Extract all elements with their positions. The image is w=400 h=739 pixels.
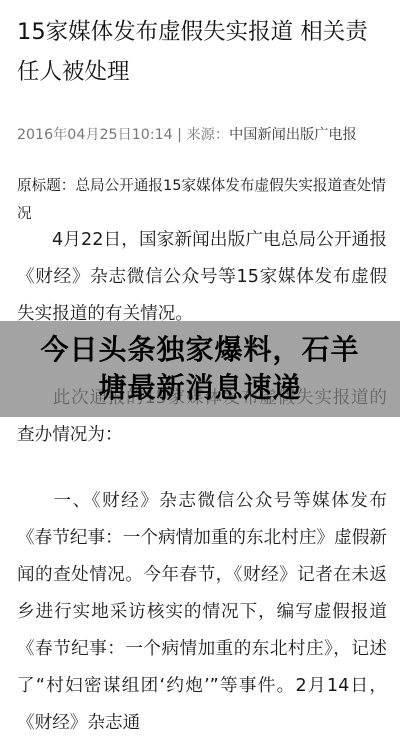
original-title: 原标题：总局公开通报15家媒体发布虚假失实报道查处情况 — [17, 172, 389, 228]
paragraph-1: 4月22日，国家新闻出版广电总局公开通报《财经》杂志微信公众号等15家媒体发布虚… — [17, 222, 387, 333]
paragraph-1-text: 4月22日，国家新闻出版广电总局公开通报《财经》杂志微信公众号等15家媒体发布虚… — [17, 230, 387, 324]
article-meta: 2016年04月25日10:14 | 来源：中国新闻出版广电报 — [17, 124, 397, 146]
banner-headline: 今日头条独家爆料，石羊塘最新消息速递 — [35, 331, 365, 407]
source-label: 来源： — [186, 127, 229, 143]
overlay-banner[interactable]: 今日头条独家爆料，石羊塘最新消息速递 — [0, 321, 400, 417]
article-title: 15家媒体发布虚假失实报道 相关责任人被处理 — [17, 12, 387, 92]
source-name[interactable]: 中国新闻出版广电报 — [229, 127, 357, 143]
paragraph-3: 一、《财经》杂志微信公众号等媒体发布《春节纪事：一个病情加重的东北村庄》虚假新闻… — [17, 483, 387, 739]
meta-separator: | — [173, 127, 187, 143]
publish-date: 2016年04月25日10:14 — [17, 127, 173, 143]
paragraph-3-text: 一、《财经》杂志微信公众号等媒体发布《春节纪事：一个病情加重的东北村庄》虚假新闻… — [17, 491, 387, 733]
